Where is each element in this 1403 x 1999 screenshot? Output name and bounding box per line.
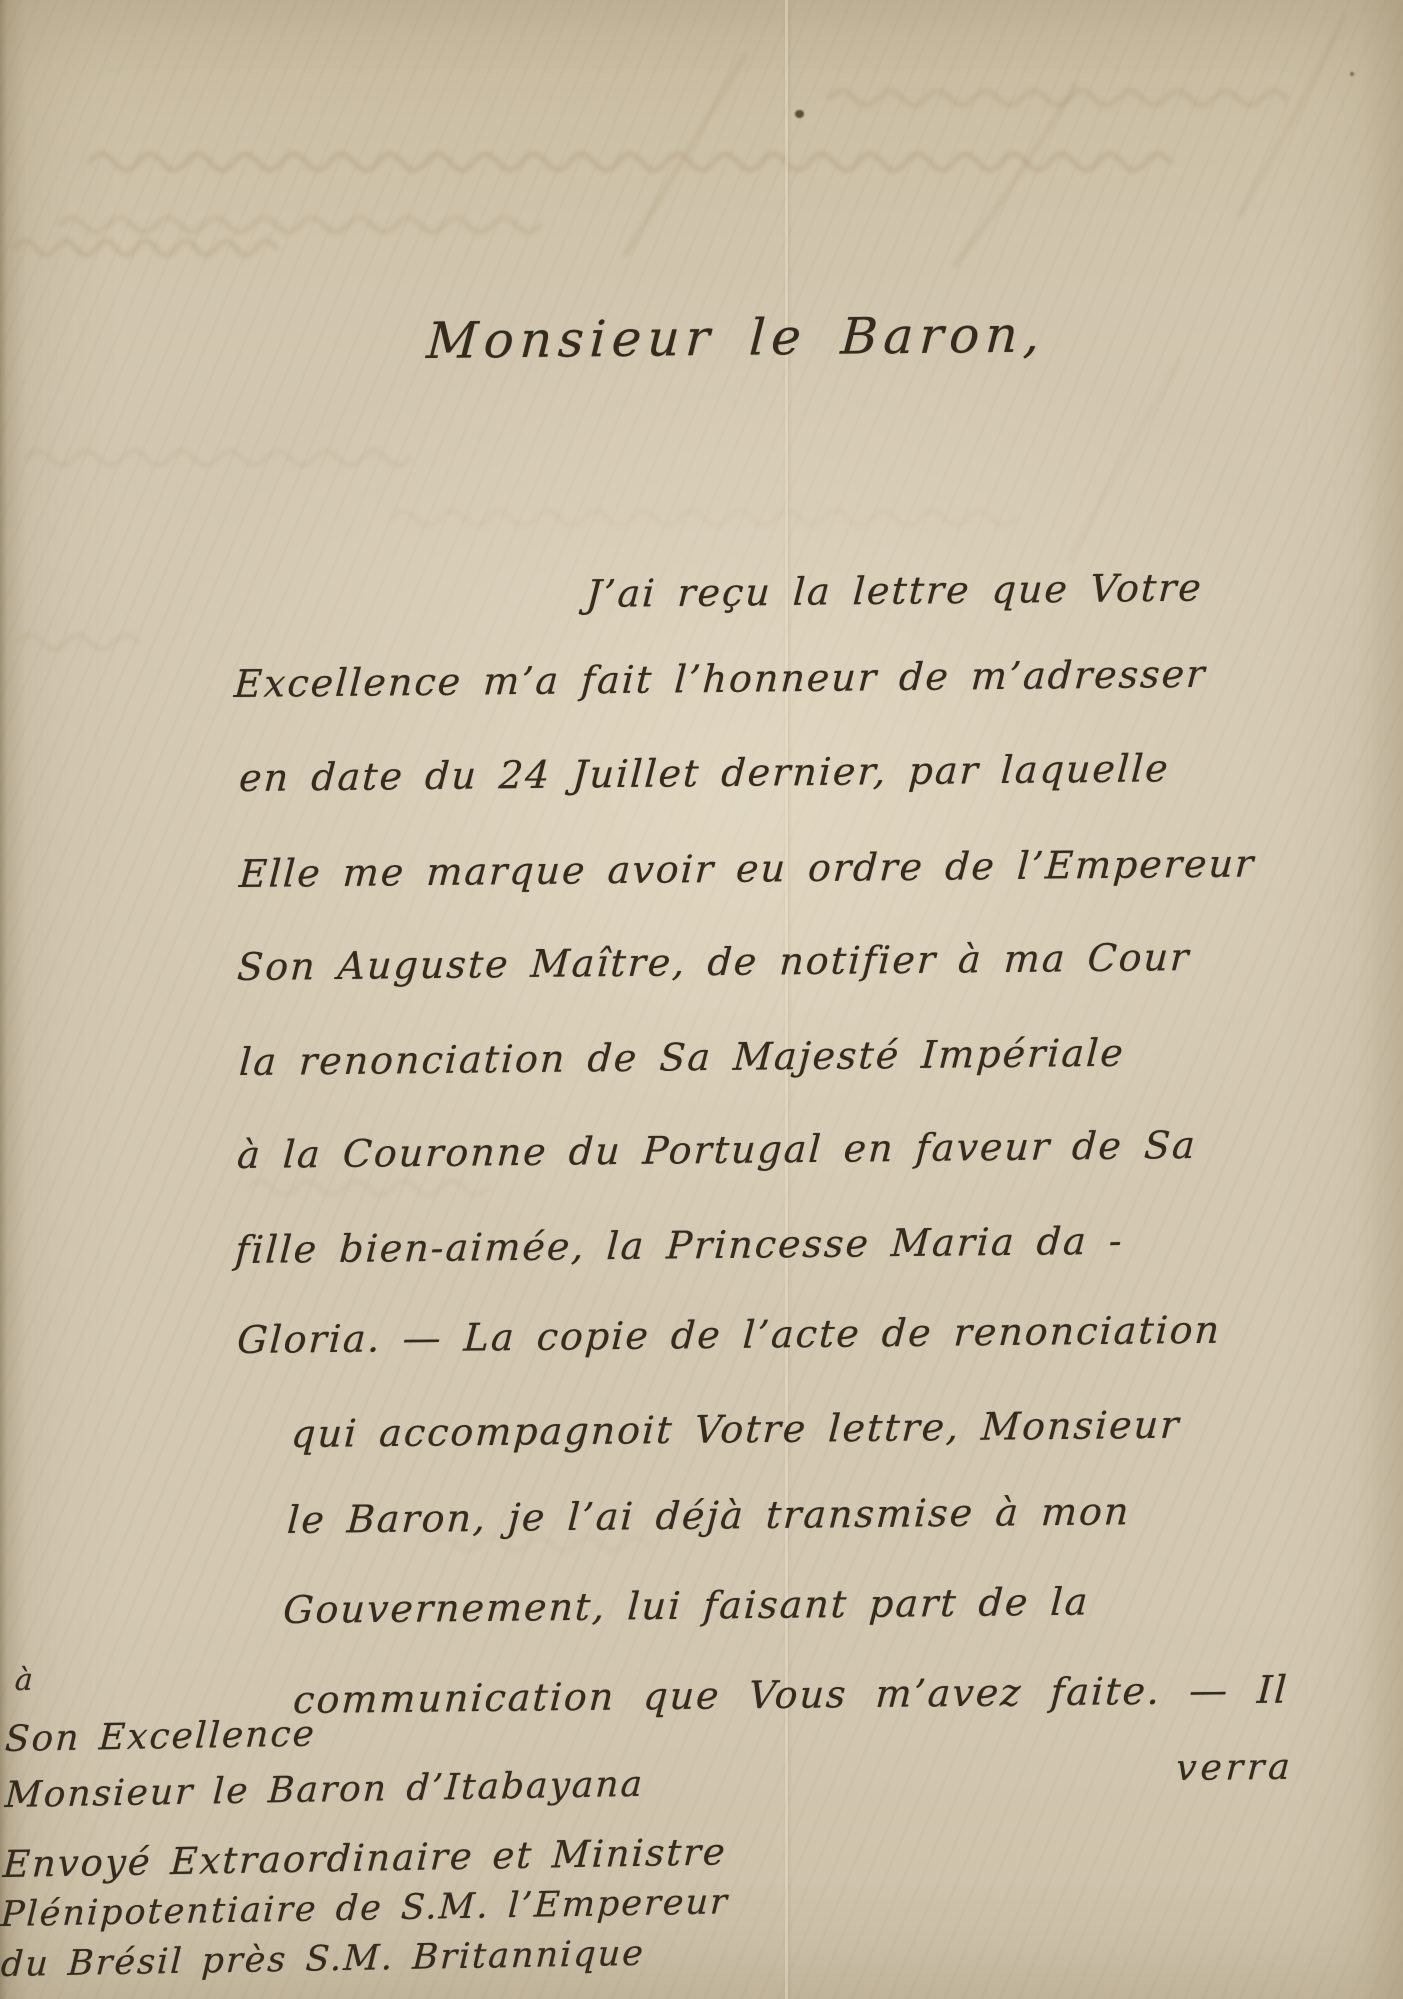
letter-page: Monsieur le Baron, J’ai reçu la lettre q… — [0, 0, 1403, 1999]
body-line-1: J’ai reçu la lettre que Votre — [585, 566, 1204, 616]
ink-speck — [795, 110, 804, 118]
address-line-a: à — [14, 1666, 35, 1696]
ink-speck — [1350, 72, 1354, 76]
salutation-line: Monsieur le Baron, — [425, 305, 1047, 370]
body-line-8: fille bien-aimée, la Princesse Maria da … — [234, 1219, 1125, 1272]
body-line-10: qui accompagnoit Votre lettre, Monsieur — [290, 1403, 1182, 1456]
body-line-11: le Baron, je l’ai déjà transmise à mon — [286, 1489, 1132, 1542]
address-line-excellence: Son Excellence — [4, 1717, 317, 1758]
catchword: verra — [1175, 1747, 1295, 1789]
body-line-6: la renonciation de Sa Majesté Impériale — [238, 1031, 1126, 1084]
body-line-12: Gouvernement, lui faisant part de la — [282, 1580, 1091, 1632]
